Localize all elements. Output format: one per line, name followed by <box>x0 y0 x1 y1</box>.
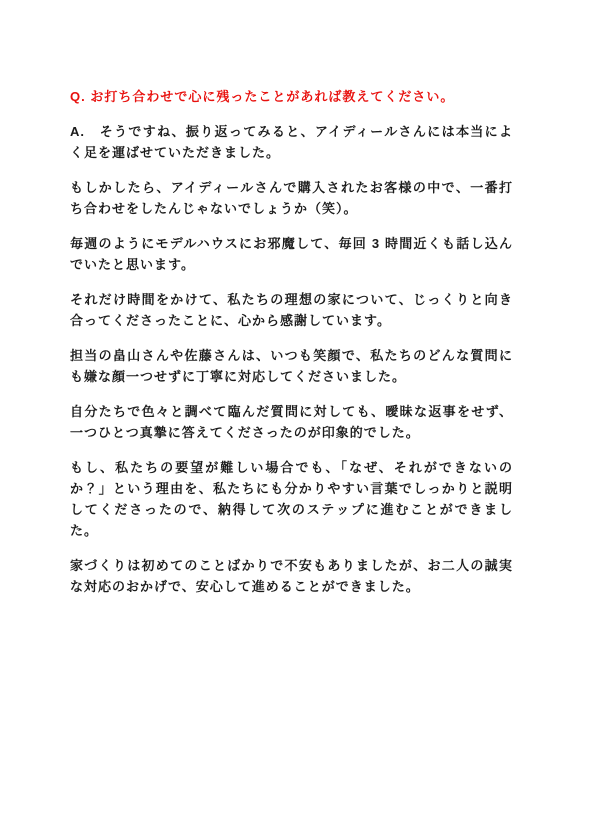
answer-paragraph-1: A. そうですね、振り返ってみると、アイディールさんには本当によく足を運ばせてい… <box>70 121 513 163</box>
answer-paragraph-3: 毎週のようにモデルハウスにお邪魔して、毎回 3 時間近くも話し込んでいたと思いま… <box>70 233 513 275</box>
answer-paragraph-4: それだけ時間をかけて、私たちの理想の家について、じっくりと向き合ってくださったこ… <box>70 289 513 331</box>
question-heading: Q. お打ち合わせで心に残ったことがあれば教えてください。 <box>70 86 513 107</box>
answer-paragraph-5: 担当の畠山さんや佐藤さんは、いつも笑顔で、私たちのどんな質問にも嫌な顔一つせずに… <box>70 345 513 387</box>
answer-paragraph-8: 家づくりは初めてのことばかりで不安もありましたが、お二人の誠実な対応のおかげで、… <box>70 555 513 597</box>
answer-paragraph-2: もしかしたら、アイディールさんで購入されたお客様の中で、一番打ち合わせをしたんじ… <box>70 177 513 219</box>
answer-paragraph-7: もし、私たちの要望が難しい場合でも、「なぜ、それができないのか？」という理由を、… <box>70 457 513 541</box>
answer-paragraph-6: 自分たちで色々と調べて臨んだ質問に対しても、曖昧な返事をせず、一つひとつ真摯に答… <box>70 401 513 443</box>
document-page: Q. お打ち合わせで心に残ったことがあれば教えてください。 A. そうですね、振… <box>0 0 589 834</box>
